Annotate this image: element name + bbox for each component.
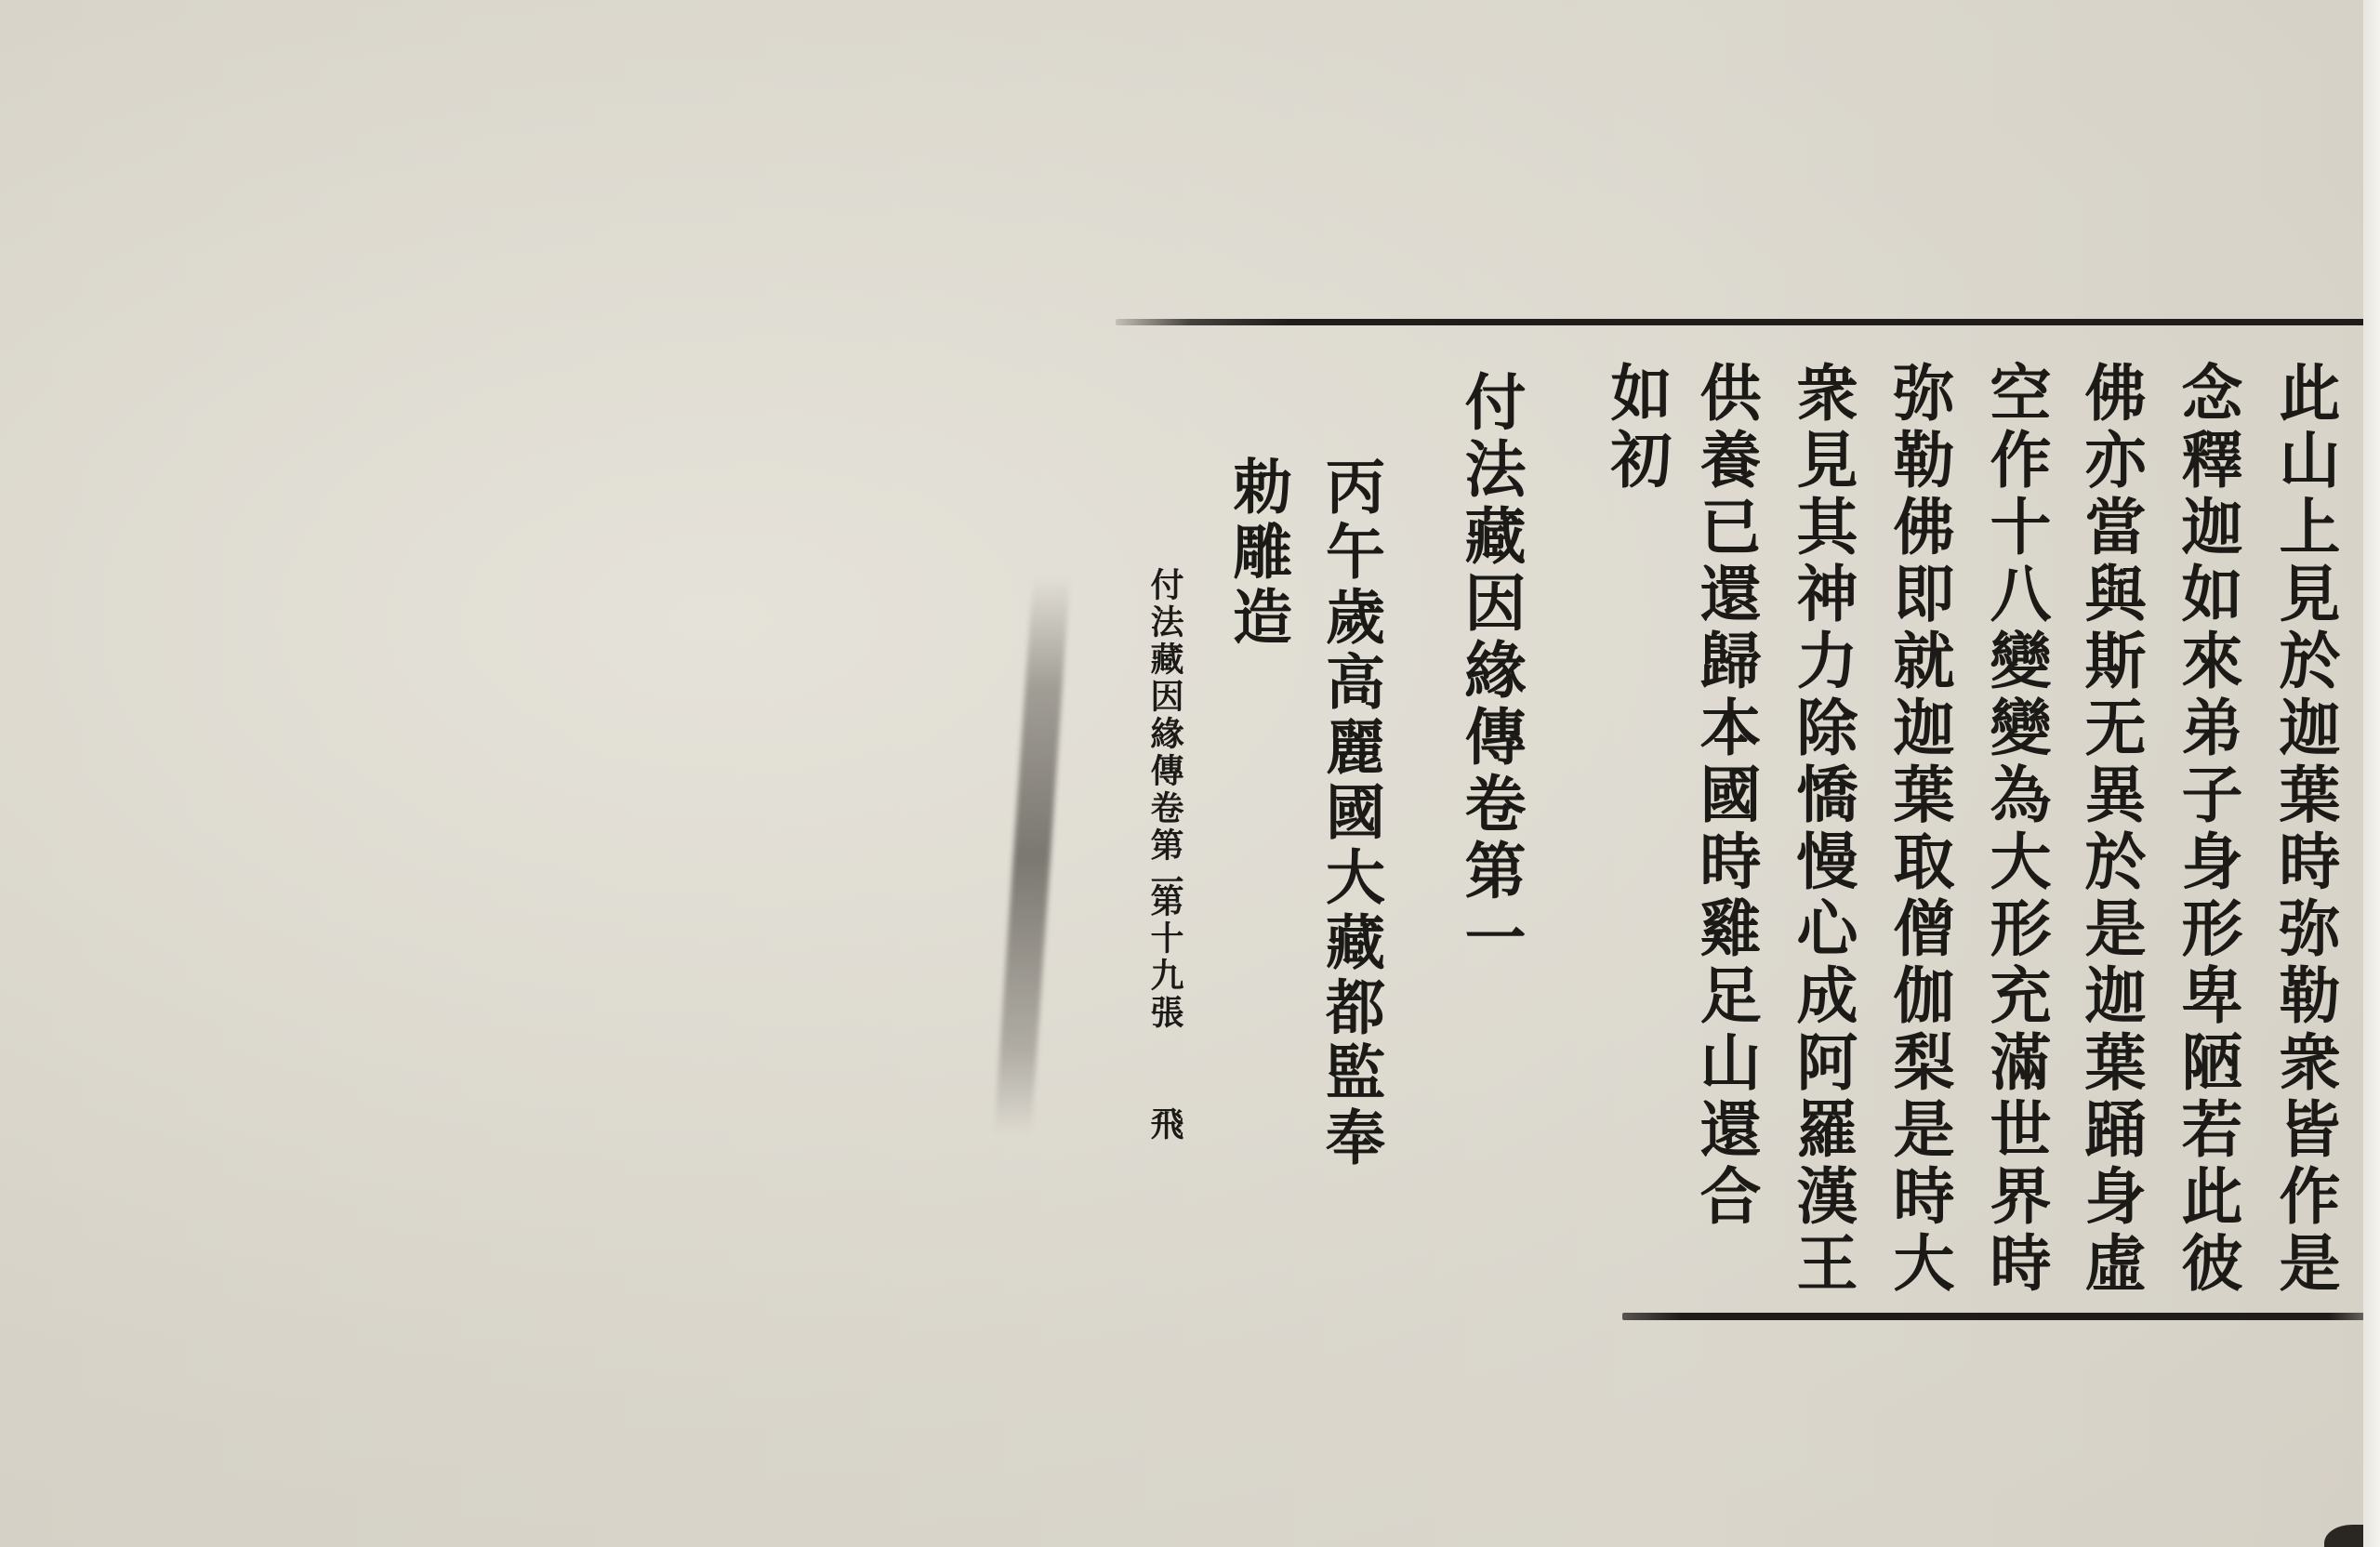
text-column-3: 佛亦當與斯无異於是迦葉踊身虛 [2080,361,2141,1298]
margin-title: 付法藏因緣傳卷第一 [1142,567,1189,902]
page-corner-shadow [2324,1525,2380,1547]
margin-carver-mark: 飛 [1142,1106,1189,1140]
volume-title: 付法藏因緣傳卷第一 [1447,370,1535,972]
scanned-page: 此山上見於迦葉時弥勒衆皆作是 念釋迦如來弟子身形卑陋若此彼 佛亦當與斯无異於是迦… [0,0,2380,1547]
text-column-6: 衆見其神力除憍慢心成阿羅漢王 [1792,361,1853,1298]
text-column-4: 空作十八變變為大形充滿世界時 [1985,361,2046,1298]
ink-smear-gutter [994,576,1070,1134]
text-column-1: 此山上見於迦葉時弥勒衆皆作是 [2274,361,2335,1298]
top-border-rule [1116,319,2366,325]
text-column-7: 供養已還歸本國時雞足山還合 [1695,361,1756,1231]
margin-sheet-number: 第十九張 [1142,883,1189,1032]
text-column-5: 弥勒佛即就迦葉取僧伽梨是時大 [1888,361,1950,1298]
text-column-2: 念釋迦如來弟子身形卑陋若此彼 [2176,361,2238,1298]
bottom-border-rule [1622,1313,2366,1320]
text-column-8: 如初 [1606,361,1667,495]
colophon-line-2: 勅雕造 [1214,456,1300,651]
colophon-line-1: 丙午歲高麗國大藏都監奉 [1307,456,1393,1171]
